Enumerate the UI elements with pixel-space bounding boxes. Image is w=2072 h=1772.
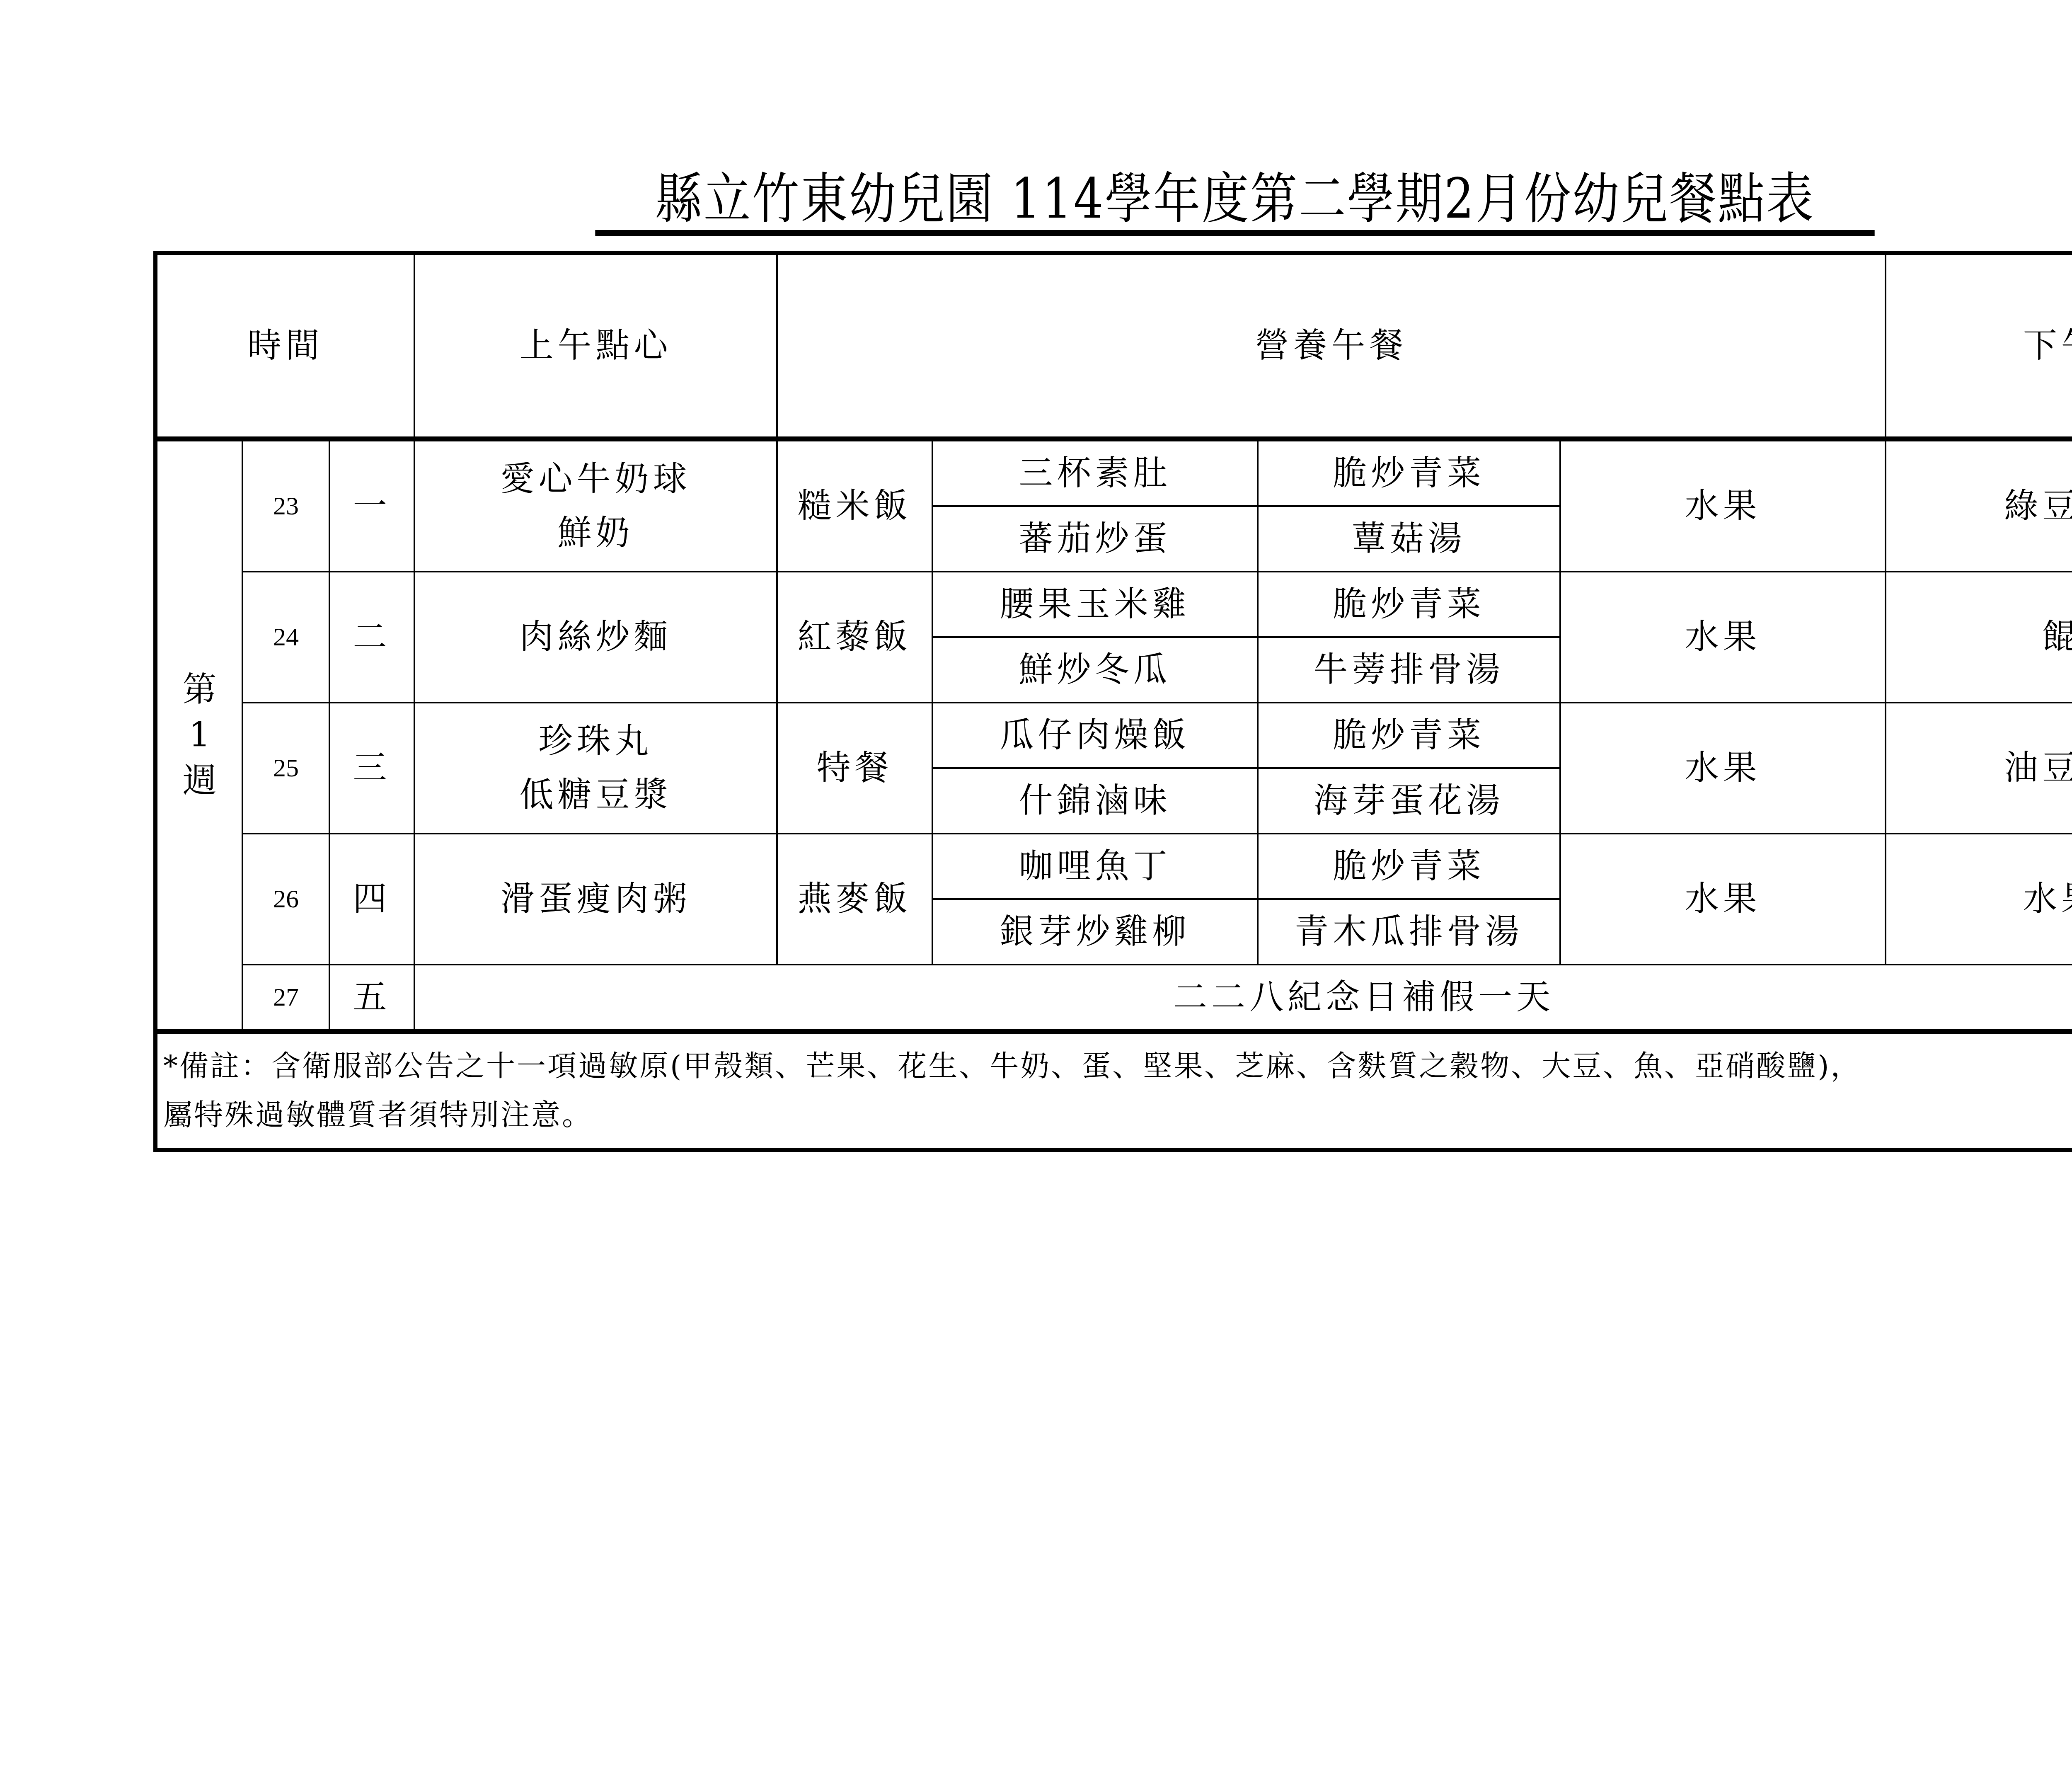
table-row: 26 四 滑蛋瘦肉粥 燕麥飯 咖哩魚丁 脆炒青菜 水果 水果優格 xyxy=(155,834,2072,899)
morning-snack-cell: 珍珠丸 低糖豆漿 xyxy=(414,703,777,834)
main-dish-cell: 咖哩魚丁 xyxy=(932,834,1258,899)
date-cell: 26 xyxy=(242,834,329,965)
side-dish-cell: 蕈菇湯 xyxy=(1258,506,1560,572)
header-lunch: 營養午餐 xyxy=(777,253,1886,439)
morning-snack-cell: 愛心牛奶球 鮮奶 xyxy=(414,439,777,572)
fruit-cell: 水果 xyxy=(1560,703,1886,834)
weekday-cell: 一 xyxy=(329,439,414,572)
header-row: 時間 上午點心 營養午餐 下午點心 xyxy=(155,253,2072,439)
morning-snack-cell: 肉絲炒麵 xyxy=(414,572,777,703)
weekday-cell: 三 xyxy=(329,703,414,834)
morning-snack-item: 肉絲炒麵 xyxy=(415,610,776,664)
weekday-cell: 四 xyxy=(329,834,414,965)
weekday-cell: 二 xyxy=(329,572,414,703)
date-cell: 25 xyxy=(242,703,329,834)
afternoon-snack-cell: 餛飩湯 xyxy=(1886,572,2072,703)
main-dish-cell: 鮮炒冬瓜 xyxy=(932,637,1258,703)
main-dish-cell: 什錦滷味 xyxy=(932,768,1258,834)
staple-cell: 燕麥飯 xyxy=(777,834,932,965)
afternoon-snack-cell: 油豆腐細粉 xyxy=(1886,703,2072,834)
holiday-notice: 二二八紀念日補假一天 xyxy=(414,965,2072,1032)
note-line-1: *備註：含衛服部公告之十一項過敏原(甲殼類、芒果、花生、牛奶、蛋、堅果、芝麻、含… xyxy=(163,1042,2072,1091)
afternoon-snack-cell: 水果優格 xyxy=(1886,834,2072,965)
morning-snack-item: 鮮奶 xyxy=(415,506,776,560)
meal-table: 時間 上午點心 營養午餐 下午點心 第 1 週 23 一 愛心牛奶球 鮮奶 糙米… xyxy=(153,251,2072,1152)
side-dish-cell: 脆炒青菜 xyxy=(1258,834,1560,899)
date-cell: 27 xyxy=(242,965,329,1032)
allergen-note: *備註：含衛服部公告之十一項過敏原(甲殼類、芒果、花生、牛奶、蛋、堅果、芝麻、含… xyxy=(155,1032,2072,1150)
note-line-2: 屬特殊過敏體質者須特別注意。 xyxy=(163,1091,2072,1139)
fruit-cell: 水果 xyxy=(1560,572,1886,703)
morning-snack-item: 低糖豆漿 xyxy=(415,768,776,822)
table-row: 第 1 週 23 一 愛心牛奶球 鮮奶 糙米飯 三杯素肚 脆炒青菜 水果 綠豆薏… xyxy=(155,439,2072,506)
weekday-cell: 五 xyxy=(329,965,414,1032)
main-dish-cell: 瓜仔肉燥飯 xyxy=(932,703,1258,768)
side-dish-cell: 脆炒青菜 xyxy=(1258,703,1560,768)
week-label-top: 第 xyxy=(157,667,242,713)
date-cell: 23 xyxy=(242,439,329,572)
fruit-cell: 水果 xyxy=(1560,834,1886,965)
week-label: 第 1 週 xyxy=(155,439,242,1032)
afternoon-snack-cell: 綠豆薏仁湯 xyxy=(1886,439,2072,572)
header-morning-snack: 上午點心 xyxy=(414,253,777,439)
week-number: 1 xyxy=(157,713,242,758)
date-cell: 24 xyxy=(242,572,329,703)
notes-row: *備註：含衛服部公告之十一項過敏原(甲殼類、芒果、花生、牛奶、蛋、堅果、芝麻、含… xyxy=(155,1032,2072,1150)
morning-snack-item: 滑蛋瘦肉粥 xyxy=(415,872,776,926)
staple-cell: 紅藜飯 xyxy=(777,572,932,703)
header-afternoon-snack: 下午點心 xyxy=(1886,253,2072,439)
main-dish-cell: 三杯素肚 xyxy=(932,439,1258,506)
main-dish-cell: 蕃茄炒蛋 xyxy=(932,506,1258,572)
side-dish-cell: 脆炒青菜 xyxy=(1258,572,1560,637)
fruit-cell: 水果 xyxy=(1560,439,1886,572)
page-title: 縣立竹東幼兒園 114學年度第二學期2月份幼兒餐點表 xyxy=(595,168,1874,236)
week-label-bottom: 週 xyxy=(157,758,242,804)
table-row: 24 二 肉絲炒麵 紅藜飯 腰果玉米雞 脆炒青菜 水果 餛飩湯 xyxy=(155,572,2072,637)
main-dish-cell: 腰果玉米雞 xyxy=(932,572,1258,637)
morning-snack-cell: 滑蛋瘦肉粥 xyxy=(414,834,777,965)
main-dish-cell: 銀芽炒雞柳 xyxy=(932,899,1258,965)
morning-snack-item: 愛心牛奶球 xyxy=(415,452,776,506)
header-time: 時間 xyxy=(155,253,414,439)
side-dish-cell: 脆炒青菜 xyxy=(1258,439,1560,506)
side-dish-cell: 牛蒡排骨湯 xyxy=(1258,637,1560,703)
side-dish-cell: 海芽蛋花湯 xyxy=(1258,768,1560,834)
table-row: 25 三 珍珠丸 低糖豆漿 特餐 瓜仔肉燥飯 脆炒青菜 水果 油豆腐細粉 xyxy=(155,703,2072,768)
morning-snack-item: 珍珠丸 xyxy=(415,714,776,768)
staple-cell: 糙米飯 xyxy=(777,439,932,572)
staple-cell: 特餐 xyxy=(777,703,932,834)
side-dish-cell: 青木瓜排骨湯 xyxy=(1258,899,1560,965)
